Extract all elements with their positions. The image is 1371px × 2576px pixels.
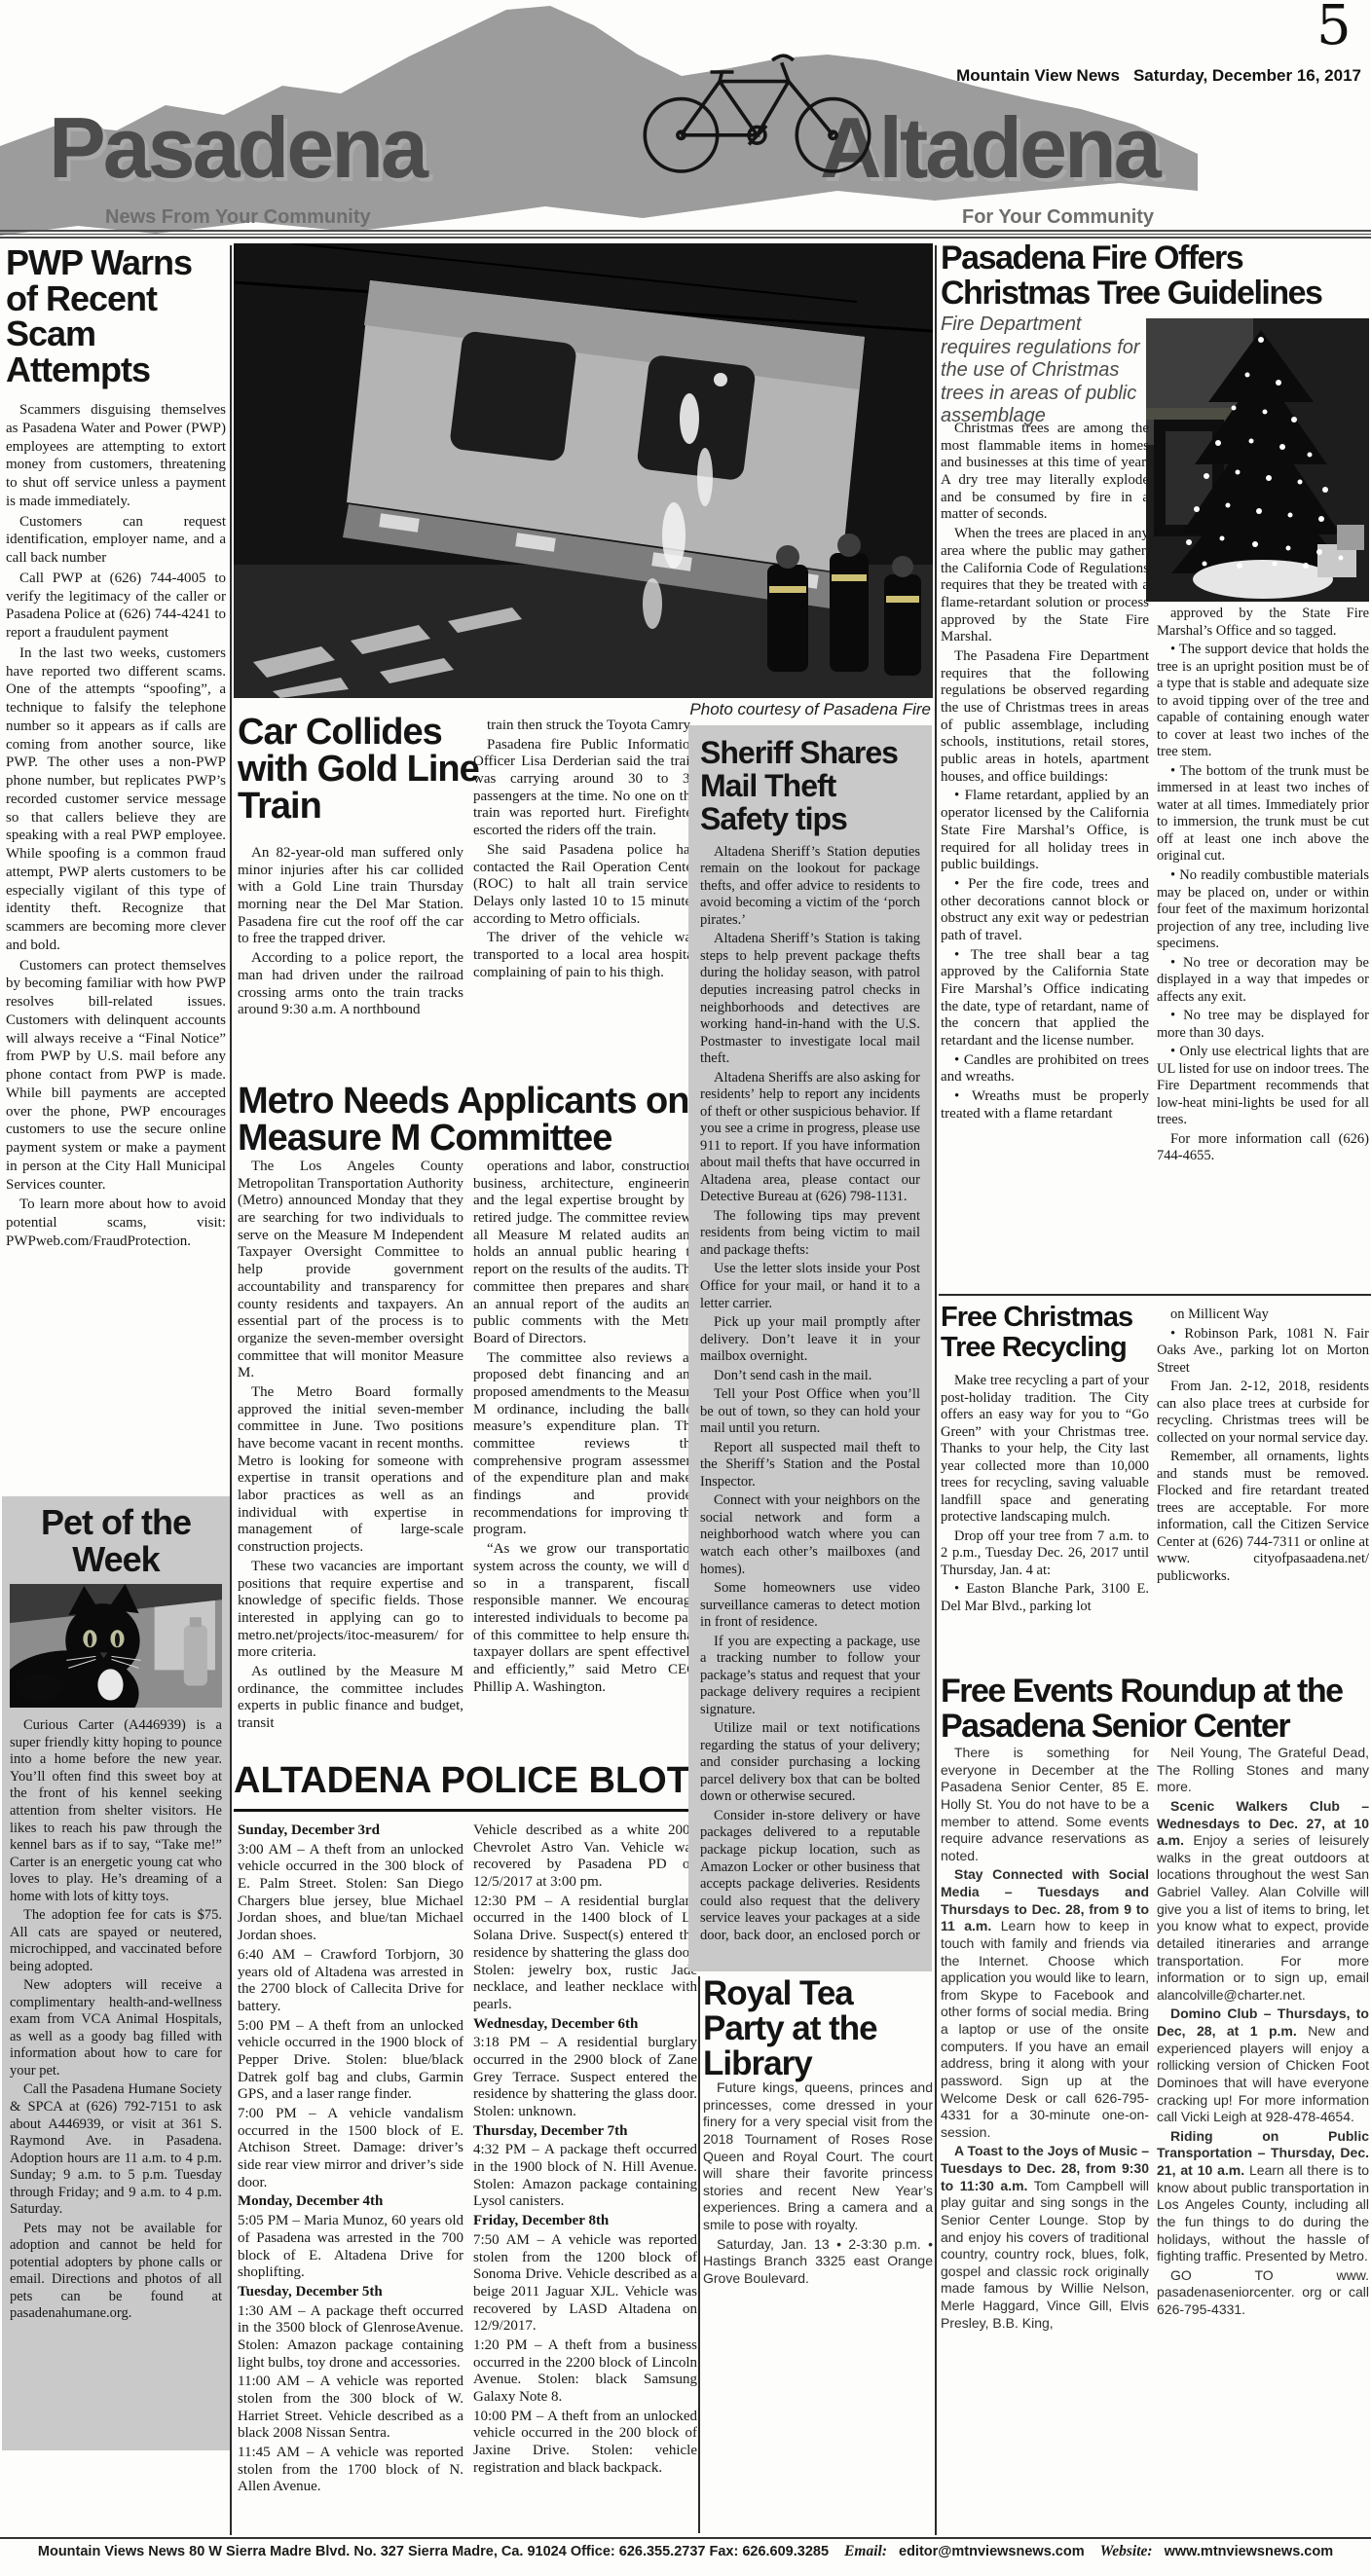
- paper-name: Mountain View News: [956, 66, 1120, 85]
- paragraph: Pick up your mail promptly after deliver…: [700, 1314, 920, 1366]
- metro-article-col2: operations and labor, construction, busi…: [473, 1159, 697, 1756]
- paragraph: For more information call (626) 744-4655…: [1157, 1131, 1369, 1165]
- paragraph: Domino Club – Thursdays, to Dec, 28, at …: [1157, 2006, 1369, 2125]
- footer: Mountain Views News 80 W Sierra Madre Bl…: [0, 2543, 1371, 2560]
- footer-rule: [0, 2537, 1371, 2539]
- paragraph: Customers can request identification, em…: [6, 513, 226, 568]
- paragraph: When the trees are placed in any area wh…: [941, 526, 1149, 646]
- footer-email: editor@mtnviewsnews.com: [899, 2544, 1085, 2559]
- paragraph: The Metro Board formally approved the in…: [238, 1384, 463, 1557]
- paragraph: train then struck the Toyota Camry.: [473, 718, 697, 735]
- paragraph: Altadena Sheriffs are also asking for re…: [700, 1070, 920, 1206]
- paragraph: Riding on Public Transportation – Thursd…: [1157, 2128, 1369, 2265]
- paragraph: Tuesday, December 5th: [238, 2284, 463, 2301]
- brand-pasadena: Pasadena: [49, 109, 426, 186]
- paragraph: approved by the State Fire Marshal’s Off…: [1157, 606, 1369, 640]
- christmas-tree-photo: [1146, 318, 1369, 602]
- paragraph: 3:00 AM – A theft from an unlocked vehic…: [238, 1842, 463, 1945]
- pwp-article-title: PWP Warns of Recent Scam Attempts: [6, 245, 228, 388]
- recycling-title: Free Christmas Tree Recycling: [941, 1303, 1153, 1363]
- metro-article-col1: The Los Angeles County Metropolitan Tran…: [238, 1159, 463, 1756]
- paragraph: From Jan. 2-12, 2018, residents can also…: [1157, 1379, 1369, 1447]
- senior-events-col2: Neil Young, The Grateful Dead, The Rolli…: [1157, 1745, 1369, 2535]
- paragraph: In the last two weeks, customers have re…: [6, 644, 226, 955]
- paragraph: • Per the fire code, trees and other dec…: [941, 876, 1149, 945]
- paragraph: 3:18 PM – A residential burglary occurre…: [473, 2035, 697, 2120]
- paragraph: 11:00 AM – A vehicle was reported stolen…: [238, 2374, 463, 2443]
- paragraph: Call the Pasadena Humane Society & SPCA …: [10, 2081, 222, 2218]
- paragraph: Scenic Walkers Club – Wednesdays to Dec.…: [1157, 1798, 1369, 2005]
- paragraph: • No readily combustible materials may b…: [1157, 867, 1369, 953]
- paragraph: operations and labor, construction, busi…: [473, 1159, 697, 1348]
- paragraph: Connect with your neighbors on the socia…: [700, 1492, 920, 1578]
- tagline-right: For Your Community: [962, 206, 1154, 229]
- footer-email-label: Email:: [844, 2543, 887, 2559]
- paragraph: Scammers disguising themselves as Pasade…: [6, 401, 226, 511]
- paragraph: She said Pasadena police had contacted t…: [473, 842, 697, 928]
- paragraph: 1:20 PM – A theft from a business occurr…: [473, 2337, 697, 2407]
- paragraph: 12:30 PM – A residential burglary occurr…: [473, 1894, 697, 2014]
- sheriff-article-title: Sheriff Shares Mail Theft Safety tips: [700, 737, 922, 836]
- royal-tea-title: Royal Tea Party at the Library: [703, 1976, 937, 2081]
- blotter-title: ALTADENA POLICE BLOTTER: [234, 1762, 699, 1799]
- header-divider: [0, 230, 1371, 239]
- paragraph: Don’t send cash in the mail.: [700, 1368, 920, 1385]
- paragraph: 6:40 AM – Crawford Torbjorn, 30 years ol…: [238, 1947, 463, 2016]
- column-divider-right: [935, 245, 937, 2535]
- masthead: Mountain View NewsSaturday, December 16,…: [855, 66, 1361, 86]
- paragraph: Drop off your tree from 7 a.m. to 2 p.m.…: [941, 1528, 1149, 1580]
- paragraph: Sunday, December 3rd: [238, 1822, 463, 1840]
- paragraph: 5:00 PM – A theft from an unlocked vehic…: [238, 2018, 463, 2104]
- sheriff-article-box: Sheriff Shares Mail Theft Safety tips Al…: [688, 725, 932, 1971]
- senior-events-title: Free Events Roundup at the Pasadena Seni…: [941, 1674, 1371, 1744]
- paragraph: Remember, all ornaments, lights and stan…: [1157, 1449, 1369, 1585]
- paragraph: 5:05 PM – Maria Munoz, 60 years old of P…: [238, 2213, 463, 2282]
- paragraph: • The bottom of the trunk must be immers…: [1157, 763, 1369, 865]
- train-collision-photo: [234, 243, 933, 698]
- tagline-left: News From Your Community: [105, 206, 371, 229]
- recycling-col2: on Millicent Way• Robinson Park, 1081 N.…: [1157, 1306, 1369, 1671]
- paragraph: Utilize mail or text notifications regar…: [700, 1720, 920, 1806]
- metro-article-title: Metro Needs Applicants on Measure M Comm…: [238, 1083, 701, 1157]
- paragraph: Neil Young, The Grateful Dead, The Rolli…: [1157, 1745, 1369, 1796]
- car-article-title: Car Collides with Gold Line Train: [238, 714, 483, 825]
- paragraph: 11:45 AM – A vehicle was reported stolen…: [238, 2445, 463, 2496]
- paragraph: • No tree may be displayed for more than…: [1157, 1008, 1369, 1042]
- paragraph: • The support device that holds the tree…: [1157, 642, 1369, 761]
- paragraph: Wednesday, December 6th: [473, 2016, 697, 2034]
- paragraph: To learn more about how to avoid potenti…: [6, 1196, 226, 1250]
- paragraph: Curious Carter (A446939) is a super frie…: [10, 1717, 222, 1905]
- paragraph: As outlined by the Measure M ordinance, …: [238, 1664, 463, 1733]
- paragraph: Consider in-store delivery or have packa…: [700, 1808, 920, 1944]
- paragraph: Pets may not be available for adoption a…: [10, 2221, 222, 2323]
- issue-date: Saturday, December 16, 2017: [1133, 66, 1361, 85]
- paragraph: These two vacancies are important positi…: [238, 1559, 463, 1662]
- paragraph: 4:32 PM – A package theft occurred in th…: [473, 2142, 697, 2211]
- paragraph: 1:30 AM – A package theft occurred in th…: [238, 2303, 463, 2373]
- pet-of-week-box: Pet of the Week: [2, 1496, 230, 2450]
- column-divider-mid: [698, 1976, 700, 2533]
- footer-address: Mountain Views News 80 W Sierra Madre Bl…: [38, 2544, 829, 2559]
- footer-website: www.mtnviewsnews.com: [1165, 2544, 1334, 2559]
- pet-of-week-body: Curious Carter (A446939) is a super frie…: [10, 1717, 222, 2469]
- pet-of-week-title: Pet of the Week: [6, 1504, 226, 1578]
- car-article-col2: train then struck the Toyota Camry.Pasad…: [473, 718, 697, 1075]
- paragraph: Tell your Post Office when you’ll be out…: [700, 1386, 920, 1438]
- paragraph: There is something for everyone in Decem…: [941, 1745, 1149, 1864]
- paragraph: The following tips may prevent residents…: [700, 1208, 920, 1260]
- footer-website-label: Website:: [1100, 2543, 1153, 2559]
- senior-events-col1: There is something for everyone in Decem…: [941, 1745, 1149, 2535]
- paragraph: • Candles are prohibited on trees and wr…: [941, 1052, 1149, 1086]
- paragraph: The adoption fee for cats is $75. All ca…: [10, 1907, 222, 1975]
- paragraph: Christmas trees are among the most flamm…: [941, 421, 1149, 524]
- photo-credit: Photo courtesy of Pasadena Fire: [584, 700, 931, 719]
- pwp-article-body: Scammers disguising themselves as Pasade…: [6, 401, 226, 1490]
- recycling-col1: Make tree recycling a part of your post-…: [941, 1373, 1149, 1671]
- tree-guidelines-col2: approved by the State Fire Marshal’s Off…: [1157, 606, 1369, 1292]
- paragraph: Vehicle described as a white 2000 Chevro…: [473, 1822, 697, 1892]
- paragraph: The driver of the vehicle was transporte…: [473, 930, 697, 981]
- paragraph: The committee also reviews all proposed …: [473, 1350, 697, 1540]
- paragraph: • The tree shall bear a tag approved by …: [941, 947, 1149, 1050]
- paragraph: According to a police report, the man ha…: [238, 950, 463, 1019]
- paragraph: Altadena Sheriff’s Station is taking ste…: [700, 931, 920, 1067]
- cat-photo: [10, 1584, 222, 1708]
- paragraph: Stay Connected with Social Media – Tuesd…: [941, 1866, 1149, 2141]
- paragraph: The Los Angeles County Metropolitan Tran…: [238, 1159, 463, 1382]
- paragraph: Future kings, queens, princes and prince…: [703, 2079, 933, 2234]
- tree-guidelines-title: Pasadena Fire Offers Christmas Tree Guid…: [941, 241, 1371, 311]
- paragraph: on Millicent Way: [1157, 1306, 1369, 1324]
- paragraph: Customers can protect themselves by beco…: [6, 957, 226, 1195]
- royal-tea-body: Future kings, queens, princes and prince…: [703, 2079, 933, 2533]
- sheriff-article-body: Altadena Sheriff’s Station deputies rema…: [700, 844, 920, 1944]
- paragraph: GO TO www. pasadenaseniorcenter. org or …: [1157, 2267, 1369, 2319]
- paragraph: If you are expecting a package, use a tr…: [700, 1634, 920, 1719]
- paragraph: 7:50 AM – A vehicle was reported stolen …: [473, 2232, 697, 2336]
- recycling-rule: [939, 1294, 1371, 1296]
- blotter-rule: [234, 1809, 699, 1812]
- newspaper-page: 5 Mountain View NewsSaturday, December 1…: [0, 0, 1371, 2576]
- paragraph: “As we grow our transportation system ac…: [473, 1541, 697, 1696]
- paragraph: • Only use electrical lights that are UL…: [1157, 1044, 1369, 1129]
- tree-guidelines-col1: Christmas trees are among the most flamm…: [941, 421, 1149, 1292]
- column-divider-left: [230, 245, 232, 2535]
- bicycle-icon: [623, 49, 891, 177]
- paragraph: Monday, December 4th: [238, 2193, 463, 2211]
- paragraph: The Pasadena Fire Department requires th…: [941, 648, 1149, 787]
- paragraph: An 82-year-old man suffered only minor i…: [238, 845, 463, 948]
- paragraph: 10:00 PM – A theft from an unlocked vehi…: [473, 2409, 697, 2478]
- paragraph: • Easton Blanche Park, 3100 E. Del Mar B…: [941, 1581, 1149, 1615]
- paragraph: Make tree recycling a part of your post-…: [941, 1373, 1149, 1527]
- tree-guidelines-subtitle: Fire Department requires regulations for…: [941, 313, 1147, 428]
- paragraph: Pasadena fire Public Information Officer…: [473, 737, 697, 840]
- paragraph: Use the letter slots inside your Post Of…: [700, 1261, 920, 1312]
- page-number: 5: [1316, 0, 1352, 57]
- paragraph: • Wreaths must be properly treated with …: [941, 1088, 1149, 1122]
- paragraph: Saturday, Jan. 13 • 2-3:30 p.m. • Hastin…: [703, 2236, 933, 2288]
- paragraph: Some homeowners use video surveillance c…: [700, 1580, 920, 1632]
- paragraph: • Flame retardant, applied by an operato…: [941, 788, 1149, 873]
- blotter-col2: Vehicle described as a white 2000 Chevro…: [473, 1822, 697, 2531]
- paragraph: • No tree or decoration may be displayed…: [1157, 955, 1369, 1007]
- paragraph: Call PWP at (626) 744-4005 to verify the…: [6, 570, 226, 643]
- paragraph: New adopters will receive a complimentar…: [10, 1977, 222, 2079]
- paragraph: Friday, December 8th: [473, 2213, 697, 2230]
- paragraph: Thursday, December 7th: [473, 2123, 697, 2141]
- paragraph: 7:00 PM – A vehicle vandalism occurred i…: [238, 2106, 463, 2191]
- paragraph: A Toast to the Joys of Music – Tuesdays …: [941, 2143, 1149, 2332]
- blotter-col1: Sunday, December 3rd3:00 AM – A theft fr…: [238, 1822, 463, 2531]
- paragraph: • Robinson Park, 1081 N. Fair Oaks Ave.,…: [1157, 1326, 1369, 1378]
- paragraph: Altadena Sheriff’s Station deputies rema…: [700, 844, 920, 930]
- paragraph: Report all suspected mail theft to the S…: [700, 1440, 920, 1491]
- car-article-col1: An 82-year-old man suffered only minor i…: [238, 845, 463, 1075]
